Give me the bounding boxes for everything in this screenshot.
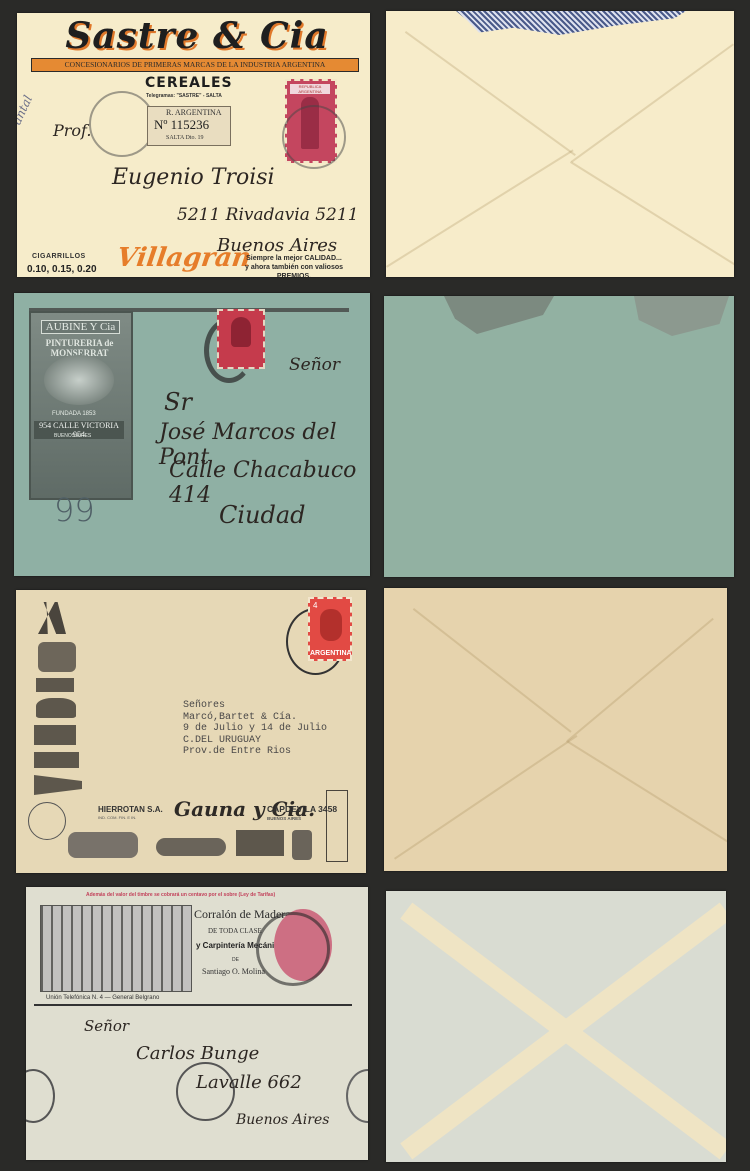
jack-stand-icon <box>38 602 66 634</box>
flap-fold-line <box>394 735 578 860</box>
addressee-street: 5211 Rivadavia 5211 <box>177 205 359 225</box>
footer-company-sub: IND. COM. FIN. E IN. <box>98 815 136 820</box>
addressee-city: Buenos Aires <box>236 1112 329 1128</box>
building-illustration-icon <box>40 905 192 992</box>
addressee-city: Ciudad <box>219 501 306 529</box>
footer-city: BUENOS AIRES <box>267 816 301 821</box>
pencil-note: antal <box>17 93 35 127</box>
envelope-1-back[interactable] <box>386 11 734 277</box>
address-line: Marcó,Bartet & Cía. <box>183 712 327 724</box>
salutation-prefix: Sr <box>164 388 192 416</box>
typed-address: SeñoresMarcó,Bartet & Cía.9 de Julio y 1… <box>183 700 327 758</box>
envelope-liner <box>456 11 686 35</box>
flap-fold-line <box>386 149 574 267</box>
envelope-4-front[interactable]: Además del valor del timbre se cobrará u… <box>26 887 368 1160</box>
registration-office: SALTA Dto. 19 <box>166 135 203 141</box>
postmark-icon <box>89 91 155 157</box>
cart-icon <box>34 725 76 745</box>
windmill-icon <box>28 802 66 840</box>
vignette-illustration-icon <box>44 355 114 405</box>
address-line: Prov.de Entre Rios <box>183 746 327 758</box>
truck-icon <box>236 830 284 856</box>
stamp-portrait-icon <box>231 317 251 347</box>
address-line: Señores <box>183 700 327 712</box>
header-line-4: DE <box>232 957 239 963</box>
flap-fold-line <box>413 608 572 733</box>
flap-fold-line <box>570 161 734 269</box>
wagon-icon <box>36 698 76 718</box>
flap-fold-line <box>567 618 714 742</box>
trough-icon <box>34 775 82 795</box>
flap-fold-line <box>571 43 734 162</box>
registration-country: R. ARGENTINA <box>166 108 222 117</box>
salutation: Señor <box>84 1017 129 1035</box>
telegram-line: Telegramas: "SASTRE" - SALTA <box>146 93 222 99</box>
boiler-icon <box>292 830 312 860</box>
envelope-4-back[interactable] <box>386 891 726 1162</box>
company-logo: Sastre & Cia <box>57 15 337 57</box>
envelope-3-back[interactable] <box>384 588 727 871</box>
torn-flap <box>634 296 729 336</box>
header-line-5: Santiago O. Molina <box>202 967 265 976</box>
ad-slogan: Siempre la mejor CALIDAD... y ahora tamb… <box>214 254 370 277</box>
trailer-icon <box>36 678 74 692</box>
slogan-line: PREMIOS. <box>214 272 370 277</box>
addressee-name: Eugenio Troisi <box>112 165 275 190</box>
vignette-founded: FUNDADA 1853 <box>52 411 96 417</box>
pencil-number: 99 <box>54 491 95 529</box>
address-line: C.DEL URUGUAY <box>183 735 327 747</box>
torn-flap <box>444 296 554 334</box>
phone-line: Unión Telefónica N. 4 — General Belgrano <box>46 995 159 1001</box>
stamp-icon: 4 ARGENTINA <box>308 597 352 661</box>
stamp-portrait-icon <box>320 609 342 641</box>
address-line: 9 de Julio y 14 de Julio <box>183 723 327 735</box>
addressee-street: Lavalle 662 <box>196 1072 302 1093</box>
header-line-2: DE TODA CLASE <box>208 927 262 935</box>
header-divider <box>34 1004 352 1006</box>
product-heading: CEREALES <box>145 75 233 91</box>
addressee-name: Carlos Bunge <box>136 1043 259 1064</box>
stamp-icon <box>217 309 265 369</box>
tariff-note: Además del valor del timbre se cobrará u… <box>86 892 275 898</box>
envelope-3-front[interactable]: 4 ARGENTINA SeñoresMarcó,Bartet & Cía.9 … <box>16 590 366 873</box>
footer-company: HIERROTAN S.A. <box>98 805 163 814</box>
cylinder-tank-icon <box>156 838 226 856</box>
stamp-country: REPUBLICA ARGENTINA <box>290 84 330 94</box>
envelope-2-back[interactable] <box>384 296 734 577</box>
slogan-line: Siempre la mejor CALIDAD... <box>214 254 370 263</box>
slogan-line: y ahora también con valiosos <box>214 263 370 272</box>
envelope-2-front[interactable]: AUBINE Y Cia PINTURERIA de MONSERRAT FUN… <box>14 293 370 576</box>
stamp-value: 4 <box>313 601 317 610</box>
flap-fold-line <box>405 31 576 156</box>
round-tank-icon <box>68 832 138 858</box>
postmark-icon <box>346 1069 368 1123</box>
vignette-company: AUBINE Y Cia <box>41 320 120 334</box>
postmark-icon <box>282 105 346 169</box>
handwritten-note: Prof. <box>53 121 91 140</box>
postmark-icon <box>256 912 330 986</box>
cigarette-label: CIGARRILLOS <box>32 253 86 260</box>
water-tower-icon <box>326 790 348 862</box>
stamp-country: ARGENTINA <box>310 650 350 657</box>
tank-icon <box>38 642 76 672</box>
flap-fold-line <box>566 740 727 848</box>
cigarette-prices: 0.10, 0.15, 0.20 <box>27 264 97 275</box>
hay-wagon-icon <box>34 752 79 768</box>
company-tagline-band: CONCESIONARIOS DE PRIMERAS MARCAS DE LA … <box>31 58 359 72</box>
vignette-city: BUENOS AIRES <box>54 433 91 439</box>
registration-label: R. ARGENTINA Nº 115236 SALTA Dto. 19 <box>147 106 231 146</box>
footer-address: CAPDEVILA 3458 <box>267 804 337 814</box>
salutation: Señor <box>289 355 340 375</box>
registration-number: Nº 115236 <box>154 117 209 133</box>
envelope-1-front[interactable]: Sastre & Cia CONCESIONARIOS DE PRIMERAS … <box>17 13 370 277</box>
postmark-icon <box>26 1069 55 1123</box>
